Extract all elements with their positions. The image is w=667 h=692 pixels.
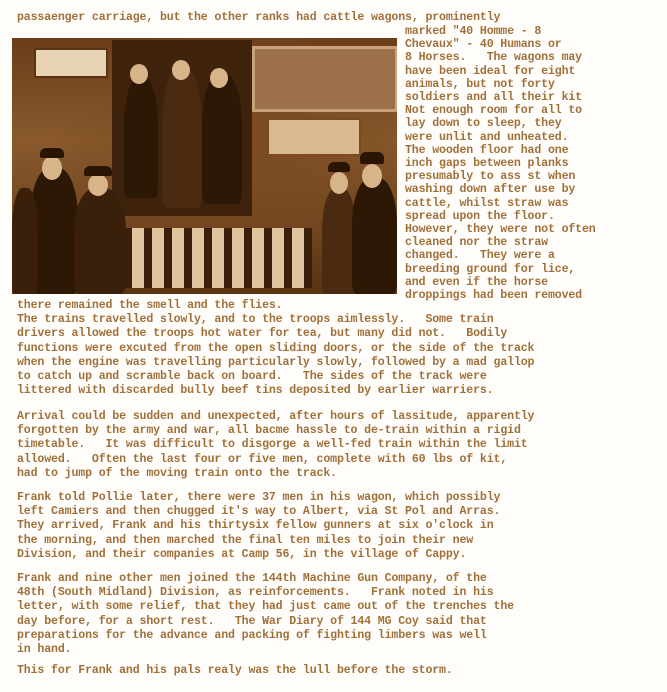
wagon-plate	[34, 48, 108, 78]
paragraph-line: allowed. Often the last four or five men…	[17, 453, 507, 466]
side-column-line: inch gaps between planks	[405, 157, 568, 170]
paragraph-line: had to jump of the moving train onto the…	[17, 467, 337, 480]
side-column-line: animals, but not forty	[405, 78, 555, 91]
side-column-line: and even if the horse	[405, 276, 548, 289]
paragraph-line: The trains travelled slowly, and to the …	[17, 313, 494, 326]
wagon-undercarriage	[112, 228, 312, 288]
side-column-line: changed. They were a	[405, 249, 555, 262]
side-column-line: lay down to sleep, they	[405, 117, 562, 130]
side-column-line: Chevaux" - 40 Humans or	[405, 38, 562, 51]
paragraph-line: left Camiers and then chugged it's way t…	[17, 505, 500, 518]
side-column-line: have been ideal for eight	[405, 65, 575, 78]
side-column-line: presumably to ass st when	[405, 170, 575, 183]
side-column-line: cleaned nor the straw	[405, 236, 548, 249]
side-column-line: breeding ground for lice,	[405, 263, 575, 276]
paragraph-line: drivers allowed the troops hot water for…	[17, 327, 507, 340]
side-column-line: Not enough room for all to	[405, 104, 582, 117]
paragraph-line: letter, with some relief, that they had …	[17, 600, 514, 613]
paragraph-line: littered with discarded bully beef tins …	[17, 384, 494, 397]
paragraph-line: there remained the smell and the flies.	[17, 299, 283, 312]
side-column-line: marked "40 Homme - 8	[405, 25, 541, 38]
side-column-line: soldiers and all their kit	[405, 91, 582, 104]
side-column-line: 8 Horses. The wagons may	[405, 51, 582, 64]
side-column-line: were unlit and unheated.	[405, 131, 568, 144]
paragraph-line: functions were excuted from the open sli…	[17, 342, 534, 355]
paragraph-line: They arrived, Frank and his thirtysix fe…	[17, 519, 494, 532]
side-column-line: However, they were not often	[405, 223, 596, 236]
paragraph-line: Division, and their companies at Camp 56…	[17, 548, 466, 561]
historical-photo-troop-train	[12, 38, 397, 294]
wagon-window	[252, 46, 397, 112]
wagon-sign	[267, 118, 361, 156]
side-column-line: washing down after use by	[405, 183, 575, 196]
paragraph-line: when the engine was travelling particula…	[17, 356, 534, 369]
side-column-line: droppings had been removed	[405, 289, 582, 302]
paragraph-line: preparations for the advance and packing…	[17, 629, 487, 642]
closing-line: This for Frank and his pals realy was th…	[17, 664, 453, 677]
intro-line: passaenger carriage, but the other ranks…	[17, 11, 500, 24]
paragraph-line: day before, for a short rest. The War Di…	[17, 615, 487, 628]
side-column-line: cattle, whilst straw was	[405, 197, 568, 210]
paragraph-line: in hand.	[17, 643, 71, 656]
paragraph-line: 48th (South Midland) Division, as reinfo…	[17, 586, 494, 599]
paragraph-line: Frank told Pollie later, there were 37 m…	[17, 491, 500, 504]
paragraph-line: forgotten by the army and war, all bacme…	[17, 424, 521, 437]
side-column-line: spread upon the floor.	[405, 210, 555, 223]
paragraph-line: the morning, and then marched the final …	[17, 534, 473, 547]
paragraph-line: timetable. It was difficult to disgorge …	[17, 438, 528, 451]
paragraph-line: Arrival could be sudden and unexpected, …	[17, 410, 534, 423]
paragraph-line: to catch up and scramble back on board. …	[17, 370, 487, 383]
side-column-line: The wooden floor had one	[405, 144, 568, 157]
paragraph-line: Frank and nine other men joined the 144t…	[17, 572, 487, 585]
